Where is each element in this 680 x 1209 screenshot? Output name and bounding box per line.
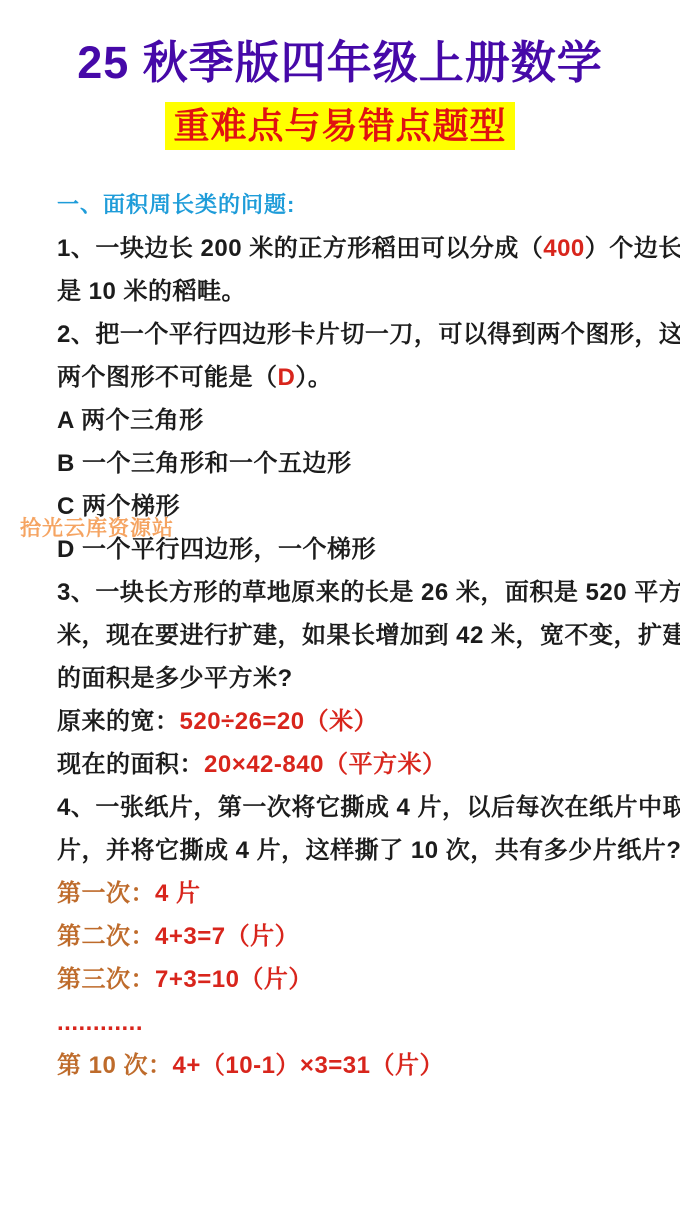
q4-line2: 片，并将它撕成 4 片，这样撕了 10 次，共有多少片纸片? [57,829,630,872]
q2-line2-seg-0: 两个图形不可能是（ [57,364,278,391]
ellipsis-line-seg-0: ............ [57,1009,143,1036]
q4-step3: 第三次：7+3=10（片） [57,958,630,1001]
q3-line1: 3、一块长方形的草地原来的长是 26 米，面积是 520 平方 [57,571,630,614]
ellipsis-line: ............ [57,1001,630,1044]
q3-line1-seg-0: 3、一块长方形的草地原来的长是 26 米，面积是 520 平方 [57,579,680,606]
q3-answer-width-seg-0: 原来的宽： [57,708,180,735]
q1-line1-seg-1: 400 [543,235,585,262]
q4-step1-seg-0: 第一次： [57,880,155,907]
q4-step2-seg-1: 4+3=7（片） [155,923,299,950]
q1-line1-seg-0: 1、一块边长 200 米的正方形稻田可以分成（ [57,235,543,262]
q4-line1-seg-0: 4、一张纸片，第一次将它撕成 4 片，以后每次在纸片中取一 [57,794,680,821]
option-d-seg-0: D 一个平行四边形，一个梯形 [57,536,376,563]
option-c-seg-0: C 两个梯形 [57,493,180,520]
option-b-seg-0: B 一个三角形和一个五边形 [57,450,352,477]
page-subtitle-highlight: 重难点与易错点题型 [165,102,514,150]
option-a: A 两个三角形 [57,399,630,442]
q4-step10: 第 10 次：4+（10-1）×3=31（片） [57,1044,630,1087]
q2-line2-seg-2: ）。 [295,364,332,391]
q1-line1-seg-2: ）个边长 [585,235,680,262]
q3-line3: 的面积是多少平方米? [57,657,630,700]
q1-line2: 是 10 米的稻畦。 [57,270,630,313]
q4-line2-seg-0: 片，并将它撕成 4 片，这样撕了 10 次，共有多少片纸片? [57,837,680,864]
q1-line2-seg-0: 是 10 米的稻畦。 [57,278,246,305]
q3-answer-area-seg-0: 现在的面积： [57,751,204,778]
content-lines: 1、一块边长 200 米的正方形稻田可以分成（400）个边长是 10 米的稻畦。… [57,227,630,1087]
subtitle-row: 重难点与易错点题型 [0,102,680,150]
q4-step3-seg-0: 第三次： [57,966,155,993]
q4-step2-seg-0: 第二次： [57,923,155,950]
option-c: C 两个梯形 [57,485,630,528]
q4-step2: 第二次：4+3=7（片） [57,915,630,958]
q3-answer-area-seg-1: 20×42-840（平方米） [204,751,446,778]
q2-line1: 2、把一个平行四边形卡片切一刀，可以得到两个图形，这 [57,313,630,356]
q2-line2: 两个图形不可能是（D）。 [57,356,630,399]
option-a-seg-0: A 两个三角形 [57,407,204,434]
q3-line2: 米，现在要进行扩建，如果长增加到 42 米，宽不变，扩建后 [57,614,630,657]
section-heading: 一、面积周长类的问题: [57,192,630,218]
q3-answer-area: 现在的面积：20×42-840（平方米） [57,743,630,786]
q3-line3-seg-0: 的面积是多少平方米? [57,665,293,692]
document-body: 一、面积周长类的问题: 1、一块边长 200 米的正方形稻田可以分成（400）个… [57,192,630,1087]
q3-line2-seg-0: 米，现在要进行扩建，如果长增加到 42 米，宽不变，扩建后 [57,622,680,649]
q3-answer-width: 原来的宽：520÷26=20（米） [57,700,630,743]
q1-line1: 1、一块边长 200 米的正方形稻田可以分成（400）个边长 [57,227,630,270]
q4-step3-seg-1: 7+3=10（片） [155,966,313,993]
option-b: B 一个三角形和一个五边形 [57,442,630,485]
option-d: D 一个平行四边形，一个梯形 [57,528,630,571]
q4-step1-seg-1: 4 片 [155,880,201,907]
page-title: 25 秋季版四年级上册数学 [0,0,680,90]
q2-line2-seg-1: D [278,364,296,391]
q4-line1: 4、一张纸片，第一次将它撕成 4 片，以后每次在纸片中取一 [57,786,630,829]
worksheet-page: 25 秋季版四年级上册数学 重难点与易错点题型 一、面积周长类的问题: 1、一块… [0,0,680,1209]
q2-line1-seg-0: 2、把一个平行四边形卡片切一刀，可以得到两个图形，这 [57,321,680,348]
q3-answer-width-seg-1: 520÷26=20（米） [180,708,379,735]
q4-step10-seg-1: 4+（10-1）×3=31（片） [173,1052,444,1079]
q4-step1: 第一次：4 片 [57,872,630,915]
q4-step10-seg-0: 第 10 次： [57,1052,173,1079]
